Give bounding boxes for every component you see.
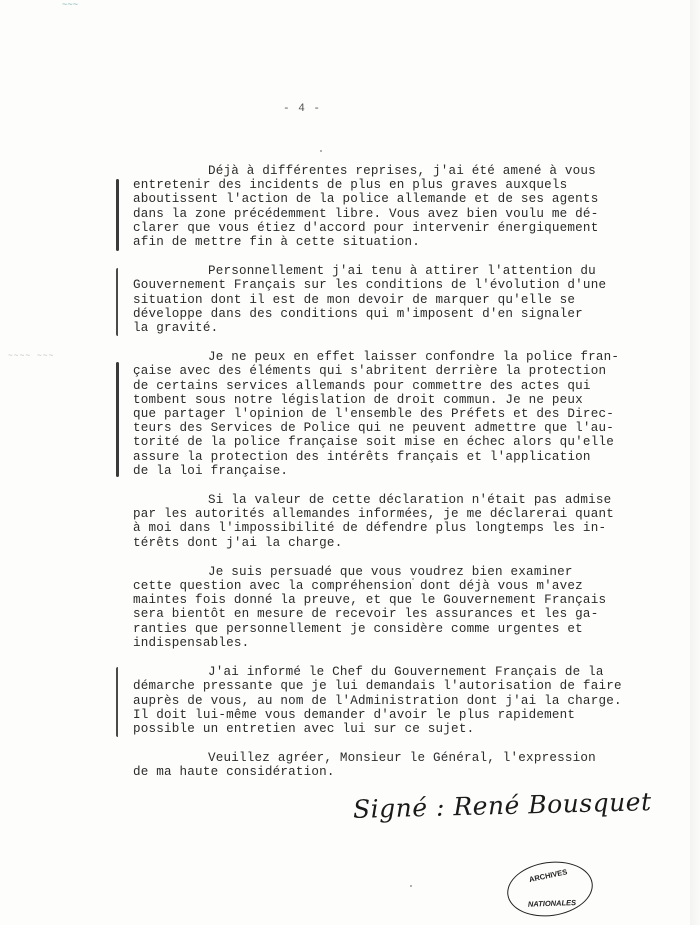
margin-bracket-mark	[116, 268, 118, 336]
text-line: entretenir des incidents de plus en plus…	[133, 178, 693, 192]
paper-speck	[320, 150, 322, 152]
text-line: à moi dans l'impossibilité de défendre p…	[133, 521, 693, 535]
paper-speck	[410, 885, 412, 887]
text-line: assure la protection des intérêts frança…	[133, 450, 693, 464]
text-line: J'ai informé le Chef du Gouvernement Fra…	[133, 665, 693, 679]
text-line: de ma haute considération.	[133, 765, 693, 779]
text-line: Je ne peux en effet laisser confondre la…	[133, 350, 693, 364]
text-line: torité de la police française soit mise …	[133, 435, 693, 449]
text-line: Je suis persuadé que vous voudrez bien e…	[133, 565, 693, 579]
text-line: que partager l'opinion de l'ensemble des…	[133, 407, 693, 421]
stamp-bottom-text: NATIONALES	[510, 897, 594, 909]
text-line: teurs des Services de Police qui ne peuv…	[133, 421, 693, 435]
page-number: - 4 -	[283, 103, 321, 115]
paragraph-2: Personnellement j'ai tenu à attirer l'at…	[133, 264, 693, 335]
text-line: indispensables.	[133, 636, 693, 650]
text-line: clarer que vous étiez d'accord pour inte…	[133, 221, 693, 235]
text-line: sera bientôt en mesure de recevoir les a…	[133, 607, 693, 621]
margin-bracket-mark	[116, 362, 119, 477]
text-line: Déjà à différentes reprises, j'ai été am…	[133, 164, 693, 178]
closing-paragraph: Veuillez agréer, Monsieur le Général, l'…	[133, 751, 693, 779]
paragraph-3: Je ne peux en effet laisser confondre la…	[133, 350, 693, 478]
corner-mark: ~~~	[62, 0, 78, 10]
margin-bracket-mark	[116, 667, 118, 737]
margin-bracket-mark	[116, 179, 119, 251]
text-line: aboutissent l'action de la police allema…	[133, 192, 693, 206]
text-line: çaise avec des éléments qui s'abritent d…	[133, 364, 693, 378]
paragraph-6: J'ai informé le Chef du Gouvernement Fra…	[133, 665, 693, 736]
text-line: maintes fois donné la preuve, et que le …	[133, 593, 693, 607]
text-line: Personnellement j'ai tenu à attirer l'at…	[133, 264, 693, 278]
letter-body: Déjà à différentes reprises, j'ai été am…	[133, 164, 693, 795]
text-line: térêts dont j'ai la charge.	[133, 536, 693, 550]
text-line: possible un entretien avec lui sur ce su…	[133, 722, 693, 736]
text-line: Gouvernement Français sur les conditions…	[133, 278, 693, 292]
faded-margin-note: ~~~~ ~~~	[8, 352, 54, 361]
text-line: de certains services allemands pour comm…	[133, 379, 693, 393]
text-line: cette question avec la compréhension don…	[133, 579, 693, 593]
paper-speck	[412, 578, 414, 580]
text-line: dans la zone précédemment libre. Vous av…	[133, 207, 693, 221]
text-line: situation dont il est de mon devoir de m…	[133, 293, 693, 307]
text-line: tombent sous notre législation de droit …	[133, 393, 693, 407]
text-line: Si la valeur de cette déclaration n'étai…	[133, 493, 693, 507]
text-line: démarche pressante que je lui demandais …	[133, 679, 693, 693]
text-line: de la loi française.	[133, 464, 693, 478]
text-line: développe dans des conditions qui m'impo…	[133, 307, 693, 321]
paragraph-4: Si la valeur de cette déclaration n'étai…	[133, 493, 693, 550]
text-line: par les autorités allemandes informées, …	[133, 507, 693, 521]
text-line: Il doit lui-même vous demander d'avoir l…	[133, 708, 693, 722]
text-line: Veuillez agréer, Monsieur le Général, l'…	[133, 751, 693, 765]
document-page: ~~~ - 4 - ~~~~ ~~~ Déjà à différentes re…	[0, 0, 700, 925]
stamp-top-text: ARCHIVES	[506, 862, 590, 888]
paragraph-1: Déjà à différentes reprises, j'ai été am…	[133, 164, 693, 249]
text-line: auprès de vous, au nom de l'Administrati…	[133, 694, 693, 708]
text-line: afin de mettre fin à cette situation.	[133, 235, 693, 249]
text-line: la gravité.	[133, 321, 693, 335]
text-line: ranties que personnellement je considère…	[133, 622, 693, 636]
archives-nationales-stamp: ARCHIVES NATIONALES	[504, 856, 597, 921]
